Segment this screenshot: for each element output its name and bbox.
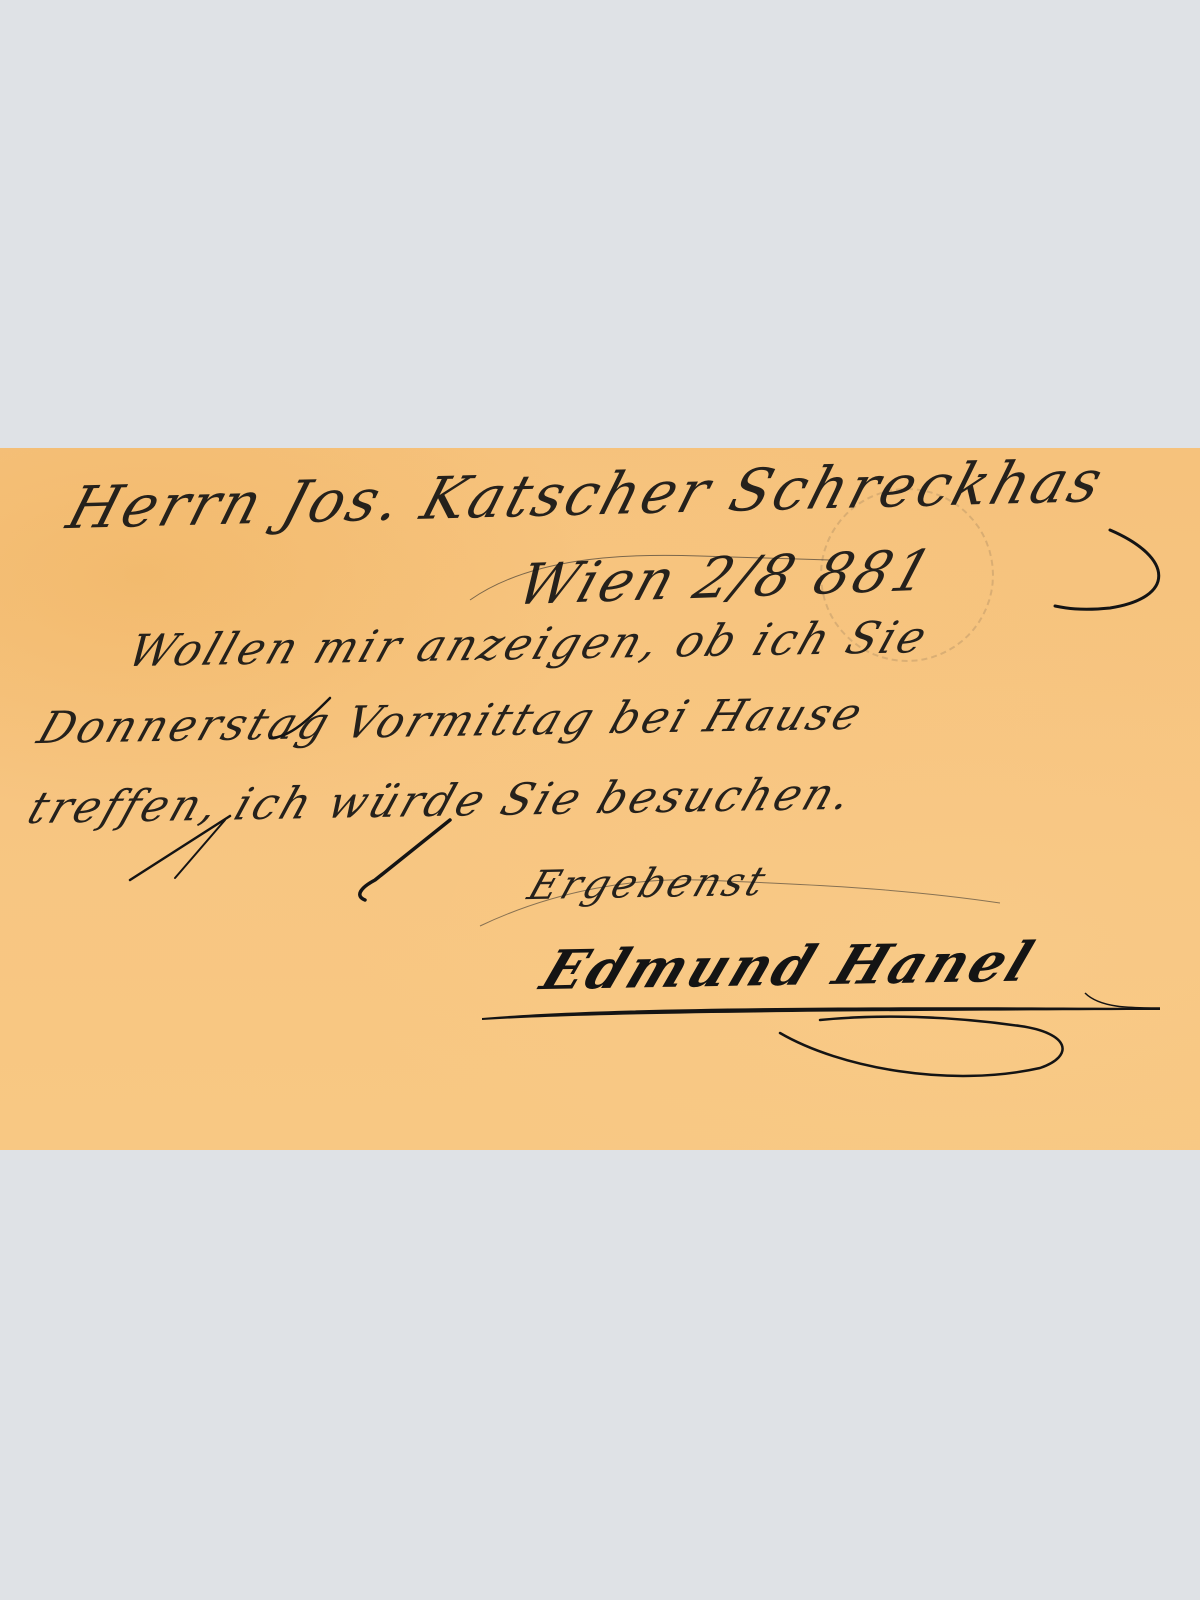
signature: Edmund Hanel	[533, 929, 1045, 1002]
closing-line: Ergebenst	[522, 859, 774, 909]
page: Herrn Jos. Katscher Schreckhas Wien 2/8 …	[0, 0, 1200, 1600]
postcard: Herrn Jos. Katscher Schreckhas Wien 2/8 …	[0, 448, 1200, 1150]
